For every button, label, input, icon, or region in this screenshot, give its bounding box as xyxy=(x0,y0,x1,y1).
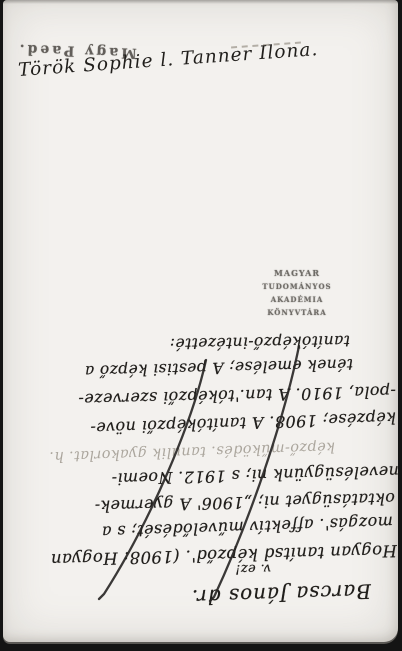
handwritten-line: Hogyan tanítsd képződ'. (1908: Hogyan xyxy=(29,541,397,570)
handwritten-line: -pola, 1910. A tan.'tóképzői szerveze- xyxy=(15,382,396,411)
scanned-document-background: Magy Paed. Török Sophie l. Tanner Ilona.… xyxy=(0,0,402,651)
handwritten-line: nevelésügyünk ni; s 1912. Noemi- xyxy=(25,462,399,491)
handwritten-line: v. ez! xyxy=(227,561,271,577)
library-stamp: MAGYAR TUDOMÁNYOS AKADÉMIA KÖNYVTÁRA xyxy=(245,267,349,319)
handwritten-line: képzése; 1908. A tanítóképzői növe- xyxy=(13,408,396,440)
library-stamp-line: TUDOMÁNYOS AKADÉMIA xyxy=(245,280,349,306)
handwritten-line: mozgás'. affektív művelődését; s a xyxy=(25,513,393,545)
handwritten-line: tének emelése; A pestisi képző a xyxy=(61,355,353,381)
library-stamp-line: MAGYAR xyxy=(245,267,349,280)
handwritten-line-signature: Barcsa János dr. xyxy=(153,579,372,611)
catalog-card: Magy Paed. Török Sophie l. Tanner Ilona.… xyxy=(3,0,398,642)
handwritten-line: tanítóképző-intézetté: xyxy=(95,332,350,354)
handwritten-line-pencil: képző-működés. tanulik gyakorlat. h. xyxy=(17,438,335,465)
library-stamp-line: KÖNYVTÁRA xyxy=(245,306,349,319)
